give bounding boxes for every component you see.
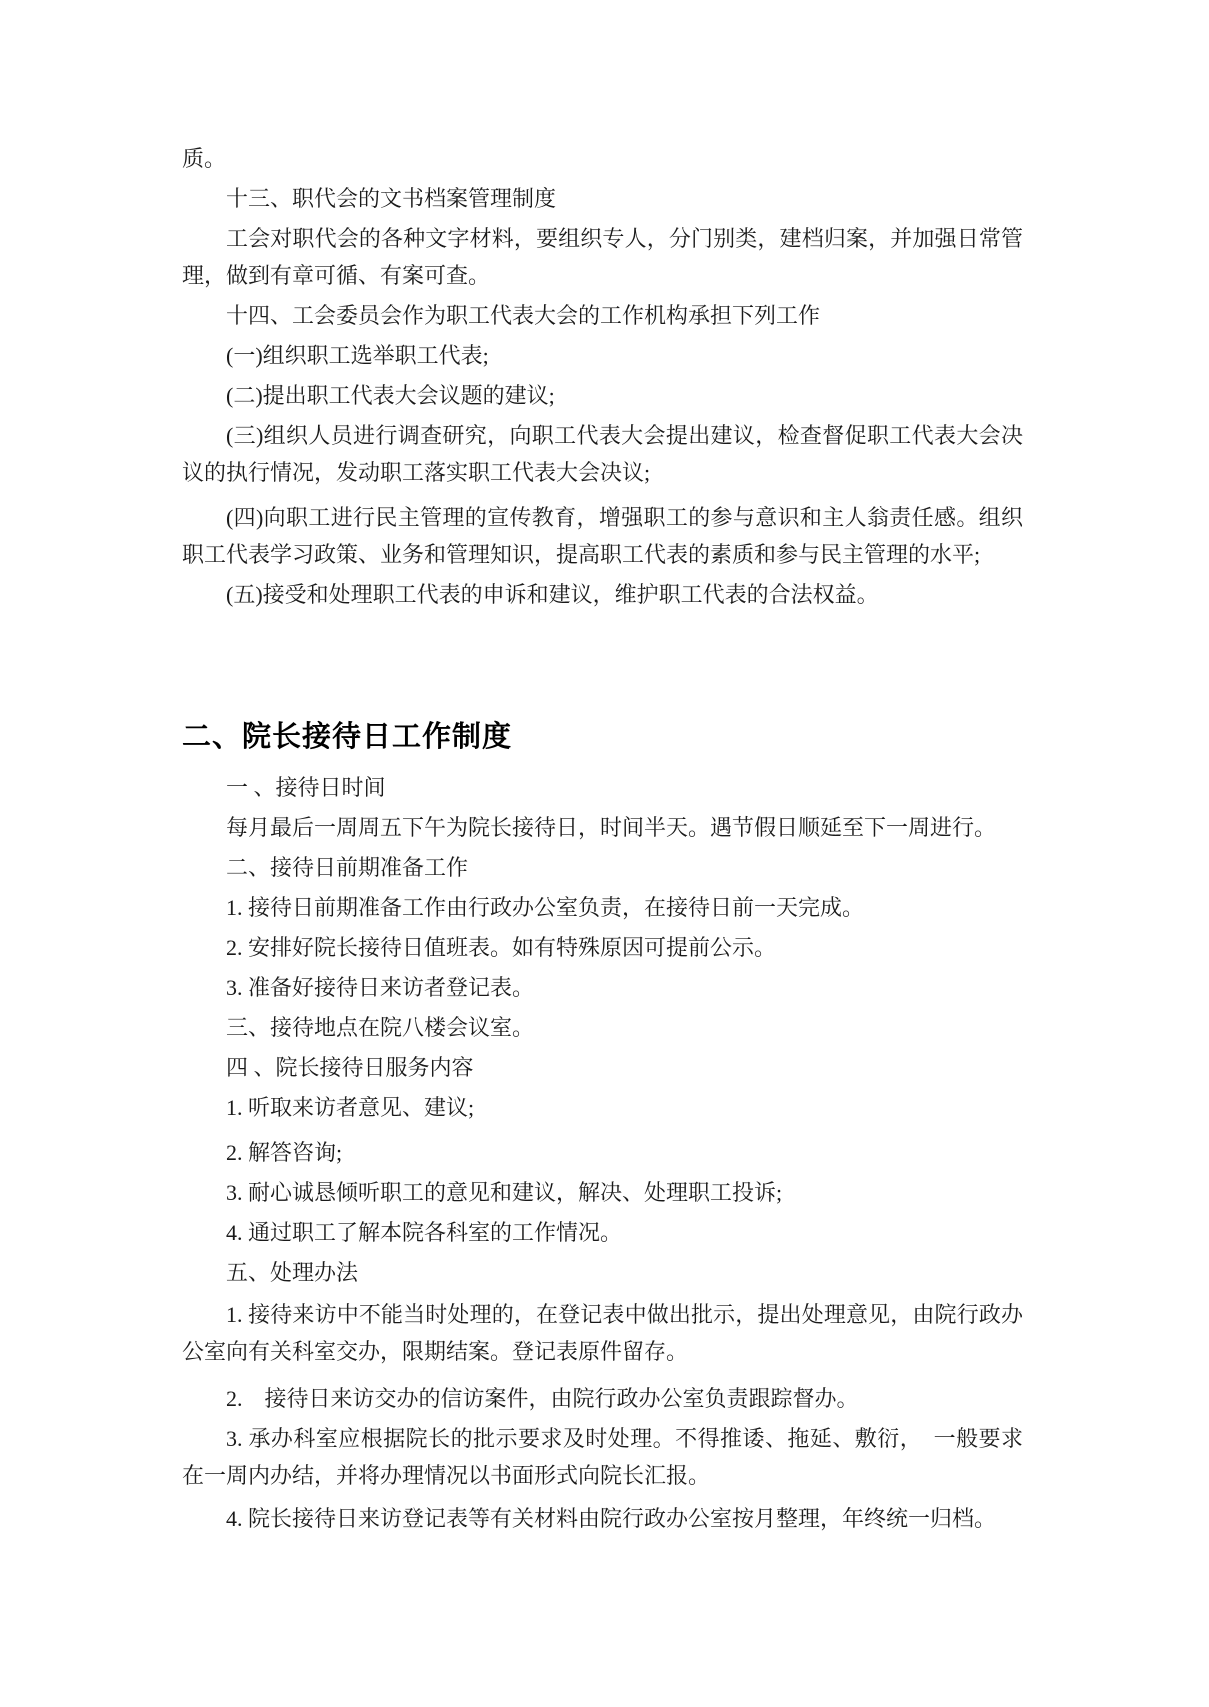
sub-4-item-3: 3. 耐心诚恳倾听职工的意见和建议，解决、处理职工投诉; <box>182 1174 1023 1211</box>
clause-14-item-1: (一)组织职工选举职工代表; <box>182 337 1023 374</box>
sub-1-body: 每月最后一周周五下午为院长接待日，时间半天。遇节假日顺延至下一周进行。 <box>182 809 1023 846</box>
document-page: 质。 十三、职代会的文书档案管理制度 工会对职代会的各种文字材料，要组织专人，分… <box>0 0 1209 1707</box>
sub-2-item-1: 1. 接待日前期准备工作由行政办公室负责，在接待日前一天完成。 <box>182 889 1023 926</box>
sub-5-item-1: 1. 接待来访中不能当时处理的，在登记表中做出批示，提出处理意见，由院行政办公室… <box>182 1296 1023 1370</box>
sub-5-item-4: 4. 院长接待日来访登记表等有关材料由院行政办公室按月整理，年终统一归档。 <box>182 1500 1023 1537</box>
clause-14-item-3: (三)组织人员进行调查研究，向职工代表大会提出建议，检查督促职工代表大会决议的执… <box>182 417 1023 491</box>
sub-4-item-1: 1. 听取来访者意见、建议; <box>182 1089 1023 1126</box>
clause-14-item-5: (五)接受和处理职工代表的申诉和建议，维护职工代表的合法权益。 <box>182 576 1023 613</box>
para-continuation: 质。 <box>182 140 1023 177</box>
clause-13-title: 十三、职代会的文书档案管理制度 <box>182 180 1023 217</box>
clause-14-title: 十四、工会委员会作为职工代表大会的工作机构承担下列工作 <box>182 297 1023 334</box>
clause-14-item-4: (四)向职工进行民主管理的宣传教育，增强职工的参与意识和主人翁责任感。组织职工代… <box>182 499 1023 573</box>
clause-14-item-2: (二)提出职工代表大会议题的建议; <box>182 377 1023 414</box>
sub-5-item-2: 2. 接待日来访交办的信访案件，由院行政办公室负责跟踪督办。 <box>182 1380 1023 1417</box>
sub-2-item-2: 2. 安排好院长接待日值班表。如有特殊原因可提前公示。 <box>182 929 1023 966</box>
sub-5-item-3: 3. 承办科室应根据院长的批示要求及时处理。不得推诿、拖延、敷衍， 一般要求在一… <box>182 1420 1023 1494</box>
sub-3-location: 三、接待地点在院八楼会议室。 <box>182 1009 1023 1046</box>
sub-2-item-3: 3. 准备好接待日来访者登记表。 <box>182 969 1023 1006</box>
section-2-heading: 二、院长接待日工作制度 <box>182 717 1023 757</box>
clause-13-body: 工会对职代会的各种文字材料，要组织专人，分门别类，建档归案，并加强日常管理，做到… <box>182 220 1023 294</box>
sub-2-preparation-title: 二、接待日前期准备工作 <box>182 849 1023 886</box>
sub-5-handling-title: 五、处理办法 <box>182 1254 1023 1291</box>
sub-4-item-4: 4. 通过职工了解本院各科室的工作情况。 <box>182 1214 1023 1251</box>
sub-1-reception-time: 一 、接待日时间 <box>182 769 1023 806</box>
sub-4-service-title: 四 、院长接待日服务内容 <box>182 1049 1023 1086</box>
sub-4-item-2: 2. 解答咨询; <box>182 1134 1023 1171</box>
